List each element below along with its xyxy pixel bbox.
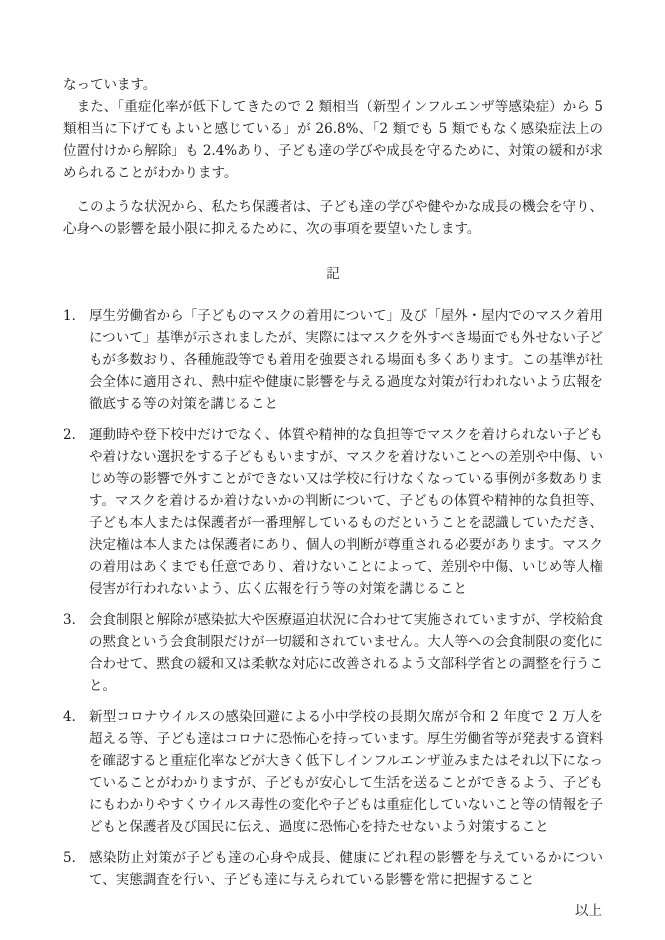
document-page: なっています。 また、「重症化率が低下してきたので 2 類相当（新型インフルエン… (0, 0, 665, 940)
item-number: 3． (63, 609, 89, 697)
request-item-1: 1． 厚生労働省から「子どものマスクの着用について」及び「屋外・屋内でのマスク着… (63, 305, 603, 415)
item-text: 会食制限と解除が感染拡大や医療逼迫状況に合わせて実施されていますが、学校給食の黙… (89, 609, 603, 697)
request-item-5: 5． 感染防止対策が子ども達の心身や成長、健康にどれ程の影響を与えているかについ… (63, 847, 603, 891)
item-number: 4． (63, 706, 89, 838)
paragraph-request-intro: このような状況から、私たち保護者は、子ども達の学びや健やかな成長の機会を守り、心… (63, 196, 603, 240)
item-number: 1． (63, 305, 89, 415)
paragraph-continuation: なっています。 (63, 74, 603, 96)
item-text: 運動時や登下校中だけでなく、体質や精神的な負担等でマスクを着けられない子どもや着… (89, 424, 603, 600)
ki-heading: 記 (63, 263, 603, 285)
request-item-3: 3． 会食制限と解除が感染拡大や医療逼迫状況に合わせて実施されていますが、学校給… (63, 609, 603, 697)
request-item-4: 4． 新型コロナウイルスの感染回避による小中学校の長期欠席が令和 2 年度で 2… (63, 706, 603, 838)
item-number: 2． (63, 424, 89, 600)
item-text: 感染防止対策が子ども達の心身や成長、健康にどれ程の影響を与えているかについて、実… (89, 847, 603, 891)
closing-ijou: 以上 (63, 900, 603, 922)
paragraph-survey-results: また、「重症化率が低下してきたので 2 類相当（新型インフルエンザ等感染症）から… (63, 96, 603, 184)
request-item-2: 2． 運動時や登下校中だけでなく、体質や精神的な負担等でマスクを着けられない子ど… (63, 424, 603, 600)
item-number: 5． (63, 847, 89, 891)
item-text: 新型コロナウイルスの感染回避による小中学校の長期欠席が令和 2 年度で 2 万人… (89, 706, 603, 838)
item-text: 厚生労働省から「子どものマスクの着用について」及び「屋外・屋内でのマスク着用につ… (89, 305, 603, 415)
